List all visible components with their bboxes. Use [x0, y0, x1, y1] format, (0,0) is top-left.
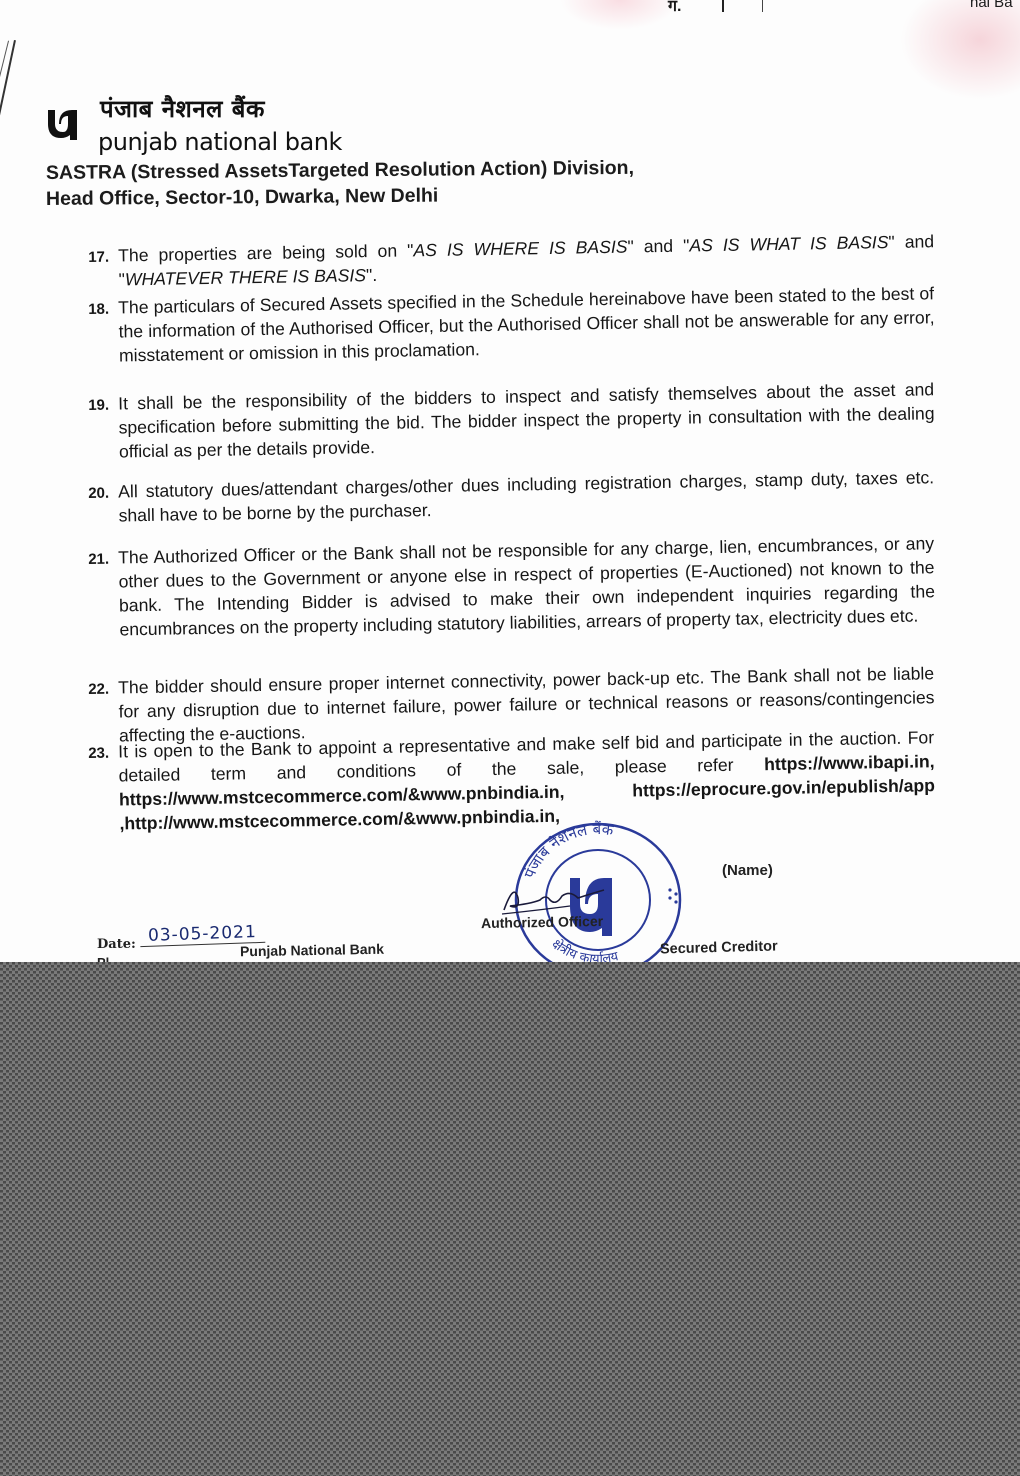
- date-label: Date:: [97, 937, 136, 952]
- cut-off-mark: [722, 0, 724, 12]
- division-title: SASTRA (Stressed AssetsTargeted Resoluti…: [46, 157, 634, 185]
- clause-number: 20.: [88, 482, 109, 506]
- document-page: ग. nal Ba पंजाब नैशनल बैंक punjab nation…: [0, 0, 1020, 962]
- clause-text: All statutory dues/attendant charges/oth…: [118, 465, 935, 527]
- bank-name-hindi: पंजाब नैशनल बैंक: [100, 92, 265, 125]
- cut-off-mark: [762, 0, 763, 12]
- clause-text: The Authorized Officer or the Bank shall…: [118, 531, 936, 641]
- scan-artifact: [560, 0, 680, 30]
- cut-off-text-left: ग.: [668, 0, 681, 16]
- clause-20: 20. All statutory dues/attendant charges…: [88, 465, 935, 528]
- redacted-region: [0, 962, 1020, 1476]
- secured-creditor-label: Secured Creditor: [660, 938, 778, 957]
- clause-text: The properties are being sold on "AS IS …: [118, 229, 935, 291]
- cut-off-text-right: nal Ba: [970, 0, 1013, 11]
- clause-number: 23.: [88, 742, 109, 766]
- name-placeholder: (Name): [722, 862, 773, 879]
- bank-name-english: punjab national bank: [98, 128, 342, 156]
- clause-text: It shall be the responsibility of the bi…: [118, 377, 935, 463]
- clause-number: 22.: [88, 678, 109, 702]
- clause-number: 17.: [88, 246, 109, 270]
- pnb-logo-icon: [46, 106, 86, 140]
- bank-name-signature: Punjab National Bank: [240, 941, 384, 960]
- clause-number: 21.: [88, 548, 109, 572]
- clause-text: The particulars of Secured Assets specif…: [118, 281, 935, 367]
- clause-number: 19.: [88, 394, 109, 418]
- clause-19: 19. It shall be the responsibility of th…: [88, 377, 935, 464]
- scan-artifact: [900, 0, 1020, 100]
- clause-number: 18.: [88, 298, 109, 322]
- place-label: Pl: [97, 955, 109, 962]
- office-address: Head Office, Sector-10, Dwarka, New Delh…: [46, 185, 438, 211]
- authorized-officer-label: Authorized Officer: [481, 913, 603, 931]
- clause-21: 21. The Authorized Officer or the Bank s…: [88, 531, 936, 642]
- clause-18: 18. The particulars of Secured Assets sp…: [88, 281, 935, 368]
